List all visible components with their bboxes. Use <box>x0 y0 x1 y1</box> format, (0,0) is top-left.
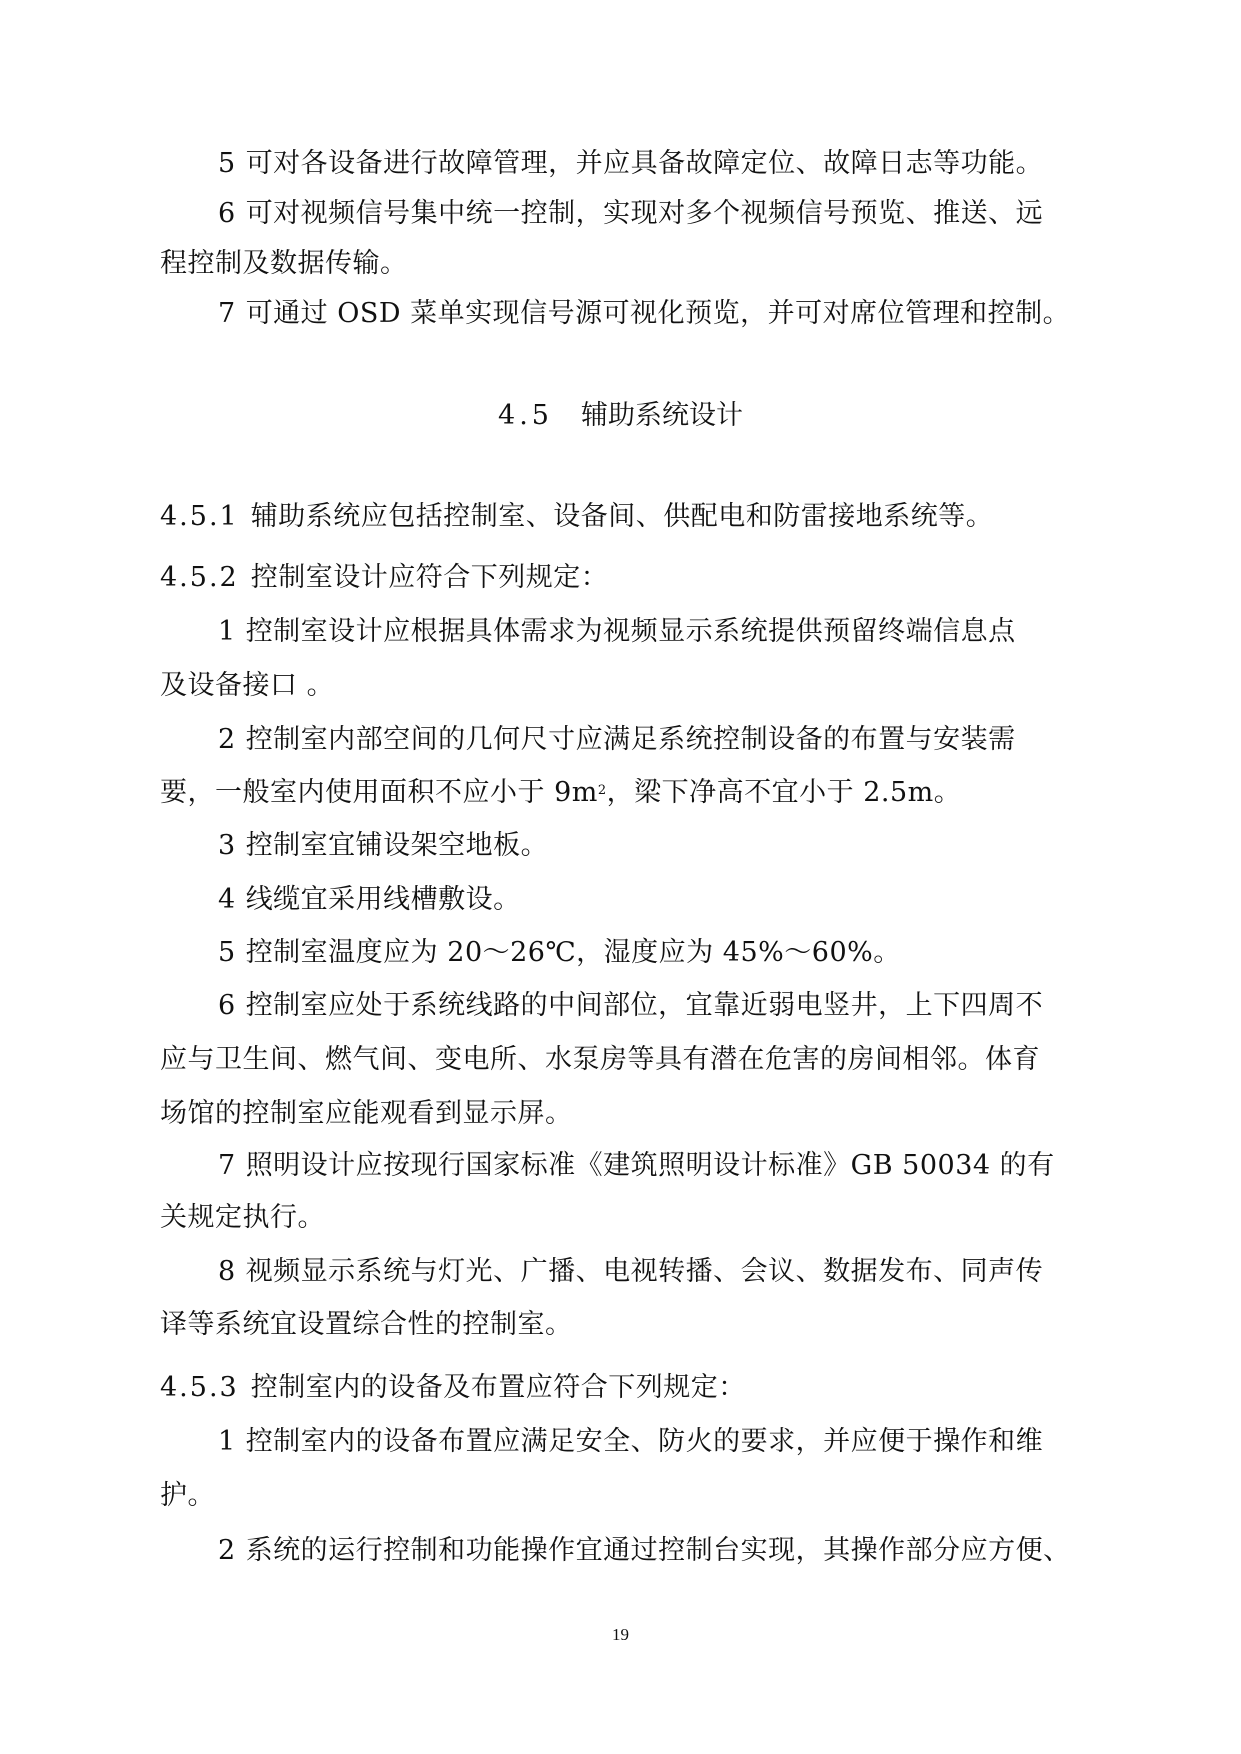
item-number: 4 <box>218 884 236 915</box>
item-number: 8 <box>218 1256 236 1287</box>
list-item: 6控制室应处于系统线路的中间部位，宜靠近弱电竖井，上下四周不 <box>218 988 1043 1024</box>
list-item: 4线缆宜采用线槽敷设。 <box>218 882 521 918</box>
item-number: 5 <box>218 148 236 179</box>
item-text: ，梁下净高不宜小于 2.5m。 <box>607 777 962 808</box>
clause-number: 4.5.2 <box>160 562 239 593</box>
item-continuation: 场馆的控制室应能观看到显示屏。 <box>160 1096 573 1132</box>
list-item: 3控制室宜铺设架空地板。 <box>218 828 548 864</box>
item-number: 1 <box>218 616 236 647</box>
item-text: 要，一般室内使用面积不应小于 9m <box>160 777 598 808</box>
item-text: 系统的运行控制和功能操作宜通过控制台实现，其操作部分应方便、 <box>246 1535 1071 1566</box>
page-number: 19 <box>0 1625 1241 1645</box>
item-number: 3 <box>218 830 236 861</box>
item-number: 2 <box>218 1535 236 1566</box>
item-number: 5 <box>218 937 236 968</box>
superscript: 2 <box>598 783 607 798</box>
list-item: 2控制室内部空间的几何尺寸应满足系统控制设备的布置与安装需 <box>218 722 1016 758</box>
clause-text: 辅助系统应包括控制室、设备间、供配电和防雷接地系统等。 <box>251 501 994 532</box>
clause-4-5-3: 4.5.3控制室内的设备及布置应符合下列规定： <box>160 1370 746 1406</box>
item-text: 照明设计应按现行国家标准《建筑照明设计标准》GB 50034 的有 <box>246 1150 1055 1181</box>
list-item: 1控制室内的设备布置应满足安全、防火的要求，并应便于操作和维 <box>218 1424 1043 1460</box>
item-number: 6 <box>218 198 236 229</box>
item-number: 2 <box>218 724 236 755</box>
item-text: 控制室应处于系统线路的中间部位，宜靠近弱电竖井，上下四周不 <box>246 990 1044 1021</box>
item-continuation: 译等系统宜设置综合性的控制室。 <box>160 1307 573 1343</box>
clause-text: 控制室设计应符合下列规定： <box>251 562 609 593</box>
list-item: 5控制室温度应为 20～26℃，湿度应为 45%～60%。 <box>218 935 901 971</box>
list-item: 1控制室设计应根据具体需求为视频显示系统提供预留终端信息点 <box>218 614 1016 650</box>
item-text: 控制室设计应根据具体需求为视频显示系统提供预留终端信息点 <box>246 616 1016 647</box>
clause-4-5-2: 4.5.2控制室设计应符合下列规定： <box>160 560 608 596</box>
item-text: 视频显示系统与灯光、广播、电视转播、会议、数据发布、同声传 <box>246 1256 1044 1287</box>
item-number: 1 <box>218 1426 236 1457</box>
item-text: 控制室宜铺设架空地板。 <box>246 830 549 861</box>
item-text: 线缆宜采用线槽敷设。 <box>246 884 521 915</box>
document-page: 5可对各设备进行故障管理，并应具备故障定位、故障日志等功能。 6可对视频信号集中… <box>0 0 1241 1754</box>
item-continuation: 关规定执行。 <box>160 1200 325 1236</box>
item-number: 6 <box>218 990 236 1021</box>
list-item: 7可通过 OSD 菜单实现信号源可视化预览，并可对席位管理和控制。 <box>218 296 1070 332</box>
item-continuation: 要，一般室内使用面积不应小于 9m2，梁下净高不宜小于 2.5m。 <box>160 775 961 811</box>
list-item: 2系统的运行控制和功能操作宜通过控制台实现，其操作部分应方便、 <box>218 1533 1071 1569</box>
list-item: 5可对各设备进行故障管理，并应具备故障定位、故障日志等功能。 <box>218 146 1043 182</box>
item-text: 控制室温度应为 20～26℃，湿度应为 45%～60%。 <box>246 937 901 968</box>
list-item: 7照明设计应按现行国家标准《建筑照明设计标准》GB 50034 的有 <box>218 1148 1055 1184</box>
clause-4-5-1: 4.5.1辅助系统应包括控制室、设备间、供配电和防雷接地系统等。 <box>160 499 993 535</box>
item-continuation: 及设备接口 。 <box>160 668 334 704</box>
item-text: 控制室内部空间的几何尺寸应满足系统控制设备的布置与安装需 <box>246 724 1016 755</box>
section-title: 辅助系统设计 <box>581 400 743 431</box>
item-continuation: 护。 <box>160 1478 215 1514</box>
item-text: 可对视频信号集中统一控制，实现对多个视频信号预览、推送、远 <box>246 198 1044 229</box>
section-number: 4.5 <box>498 400 553 431</box>
clause-number: 4.5.3 <box>160 1372 239 1403</box>
item-number: 7 <box>218 298 236 329</box>
item-text: 控制室内的设备布置应满足安全、防火的要求，并应便于操作和维 <box>246 1426 1044 1457</box>
item-continuation: 应与卫生间、燃气间、变电所、水泵房等具有潜在危害的房间相邻。体育 <box>160 1042 1040 1078</box>
item-continuation: 程控制及数据传输。 <box>160 246 408 282</box>
clause-number: 4.5.1 <box>160 501 239 532</box>
list-item: 8视频显示系统与灯光、广播、电视转播、会议、数据发布、同声传 <box>218 1254 1043 1290</box>
clause-text: 控制室内的设备及布置应符合下列规定： <box>251 1372 746 1403</box>
item-text: 可对各设备进行故障管理，并应具备故障定位、故障日志等功能。 <box>246 148 1044 179</box>
item-number: 7 <box>218 1150 236 1181</box>
list-item: 6可对视频信号集中统一控制，实现对多个视频信号预览、推送、远 <box>218 196 1043 232</box>
item-text: 可通过 OSD 菜单实现信号源可视化预览，并可对席位管理和控制。 <box>246 298 1070 329</box>
section-heading: 4.5辅助系统设计 <box>0 398 1241 434</box>
